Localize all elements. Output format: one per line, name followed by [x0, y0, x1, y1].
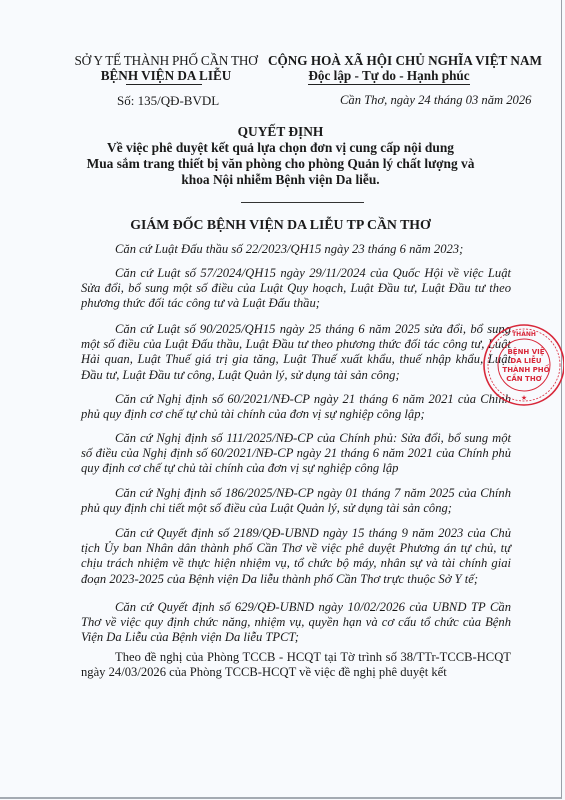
- subject-line: khoa Nội nhiễm Bệnh viện Da liễu.: [0, 172, 561, 188]
- subject-line: Mua sắm trang thiết bị văn phòng cho phò…: [0, 156, 561, 172]
- legal-basis-paragraph: Căn cứ Nghị định số 186/2025/NĐ-CP ngày …: [81, 486, 511, 516]
- seal-line: CẦN THƠ: [506, 373, 542, 383]
- issuing-agency: SỞ Y TẾ THÀNH PHỐ CẦN THƠ BỆNH VIỆN DA L…: [66, 53, 266, 83]
- document-number: Số: 135/QĐ-BVDL: [117, 93, 219, 109]
- svg-text:★: ★: [521, 394, 527, 402]
- legal-basis-paragraph: Căn cứ Nghị định số 60/2021/NĐ-CP ngày 2…: [81, 392, 511, 422]
- seal-line: THÀNH PHỐ: [502, 364, 549, 374]
- seal-line: DA LIỄU: [510, 355, 542, 365]
- parent-agency: SỞ Y TẾ THÀNH PHỐ CẦN THƠ: [66, 53, 266, 68]
- seal-top-text: THÀNH: [512, 331, 536, 338]
- document-page: SỞ Y TẾ THÀNH PHỐ CẦN THƠ BỆNH VIỆN DA L…: [0, 0, 562, 799]
- hospital-name: BỆNH VIỆN DA LIỄU: [66, 68, 266, 83]
- title-divider: [241, 202, 364, 203]
- legal-basis-paragraph: Căn cứ Quyết định số 629/QĐ-UBND ngày 10…: [81, 600, 511, 646]
- official-seal-icon: THÀNH BỆNH VIỆ DA LIỄU THÀNH PHỐ CẦN THƠ…: [478, 322, 564, 408]
- document-date: Cần Thơ, ngày 24 tháng 03 năm 2026: [340, 93, 531, 108]
- proposal-paragraph: Theo đề nghị của Phòng TCCB - HCQT tại T…: [81, 650, 511, 680]
- legal-basis-paragraph: Căn cứ Luật số 90/2025/QH15 ngày 25 thán…: [81, 322, 511, 383]
- country-name: CỘNG HOÀ XÃ HỘI CHỦ NGHĨA VIỆT NAM: [268, 53, 510, 68]
- national-motto: CỘNG HOÀ XÃ HỘI CHỦ NGHĨA VIỆT NAM Độc l…: [268, 53, 510, 83]
- motto: Độc lập - Tự do - Hạnh phúc: [308, 68, 469, 85]
- legal-basis-paragraph: Căn cứ Luật Đấu thầu số 22/2023/QH15 ngà…: [81, 242, 511, 257]
- agency-underline: [126, 84, 202, 85]
- director-title: GIÁM ĐỐC BỆNH VIỆN DA LIỄU TP CẦN THƠ: [0, 217, 561, 233]
- subject-line: Về việc phê duyệt kết quả lựa chọn đơn v…: [0, 140, 561, 156]
- legal-basis-paragraph: Căn cứ Luật số 57/2024/QH15 ngày 29/11/2…: [81, 266, 511, 312]
- decision-title: QUYẾT ĐỊNH Về việc phê duyệt kết quả lựa…: [0, 124, 561, 188]
- legal-basis-paragraph: Căn cứ Quyết định số 2189/QĐ-UBND ngày 1…: [81, 526, 511, 587]
- seal-line: BỆNH VIỆ: [507, 347, 544, 356]
- decision-heading: QUYẾT ĐỊNH: [0, 124, 561, 140]
- legal-basis-paragraph: Căn cứ Nghị định số 111/2025/NĐ-CP của C…: [81, 431, 511, 477]
